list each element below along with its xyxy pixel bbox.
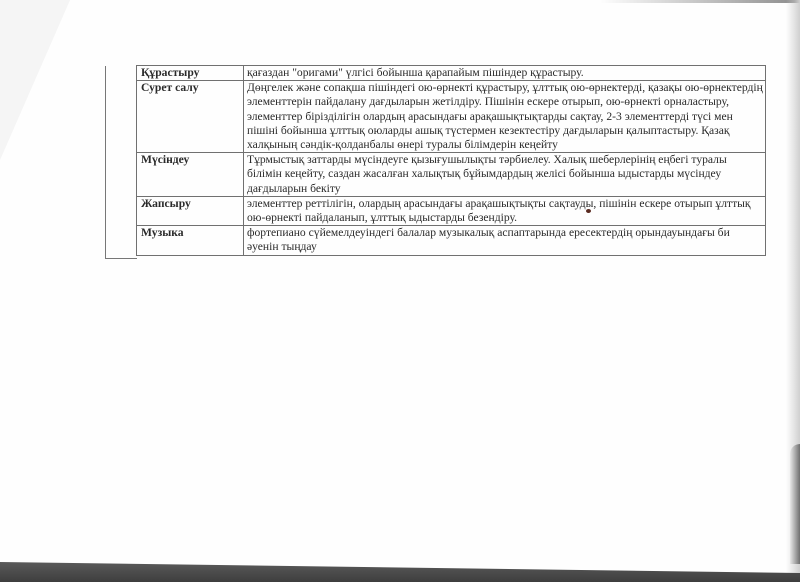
table-row: Мүсіндеу Тұрмыстық заттарды мүсіндеуге қ… <box>137 153 766 197</box>
subject-cell: Мүсіндеу <box>137 153 244 197</box>
table-row: Жапсыру элементтер реттілігін, олардың а… <box>137 196 766 225</box>
subject-cell: Құрастыру <box>137 66 244 81</box>
table-row: Музыка фортепиано сүйемелдеуіндегі балал… <box>137 226 766 255</box>
scanner-bottom-edge <box>0 562 800 582</box>
description-cell: Тұрмыстық заттарды мүсіндеуге қызығушылы… <box>244 153 766 197</box>
margin-rule <box>105 66 106 258</box>
margin-bottom-rule <box>105 258 137 259</box>
page-curl-shadow <box>0 0 70 160</box>
description-cell: элементтер реттілігін, олардың арасындағ… <box>244 196 766 225</box>
description-cell: фортепиано сүйемелдеуіндегі балалар музы… <box>244 226 766 255</box>
curriculum-table: Құрастыру қағаздан "оригами" үлгісі бойы… <box>136 65 766 256</box>
table-row: Сурет салу Дөңгелек және сопақша пішінде… <box>137 81 766 153</box>
description-cell: Дөңгелек және сопақша пішіндегі ою-өрнек… <box>244 81 766 153</box>
top-edge-shadow <box>600 0 800 3</box>
right-page-curl <box>790 444 800 564</box>
scanned-page: Құрастыру қағаздан "оригами" үлгісі бойы… <box>0 0 800 582</box>
description-cell: қағаздан "оригами" үлгісі бойынша қарапа… <box>244 66 766 81</box>
subject-cell: Сурет салу <box>137 81 244 153</box>
table-row: Құрастыру қағаздан "оригами" үлгісі бойы… <box>137 66 766 81</box>
subject-cell: Музыка <box>137 226 244 255</box>
ink-spot <box>586 209 591 213</box>
subject-cell: Жапсыру <box>137 196 244 225</box>
